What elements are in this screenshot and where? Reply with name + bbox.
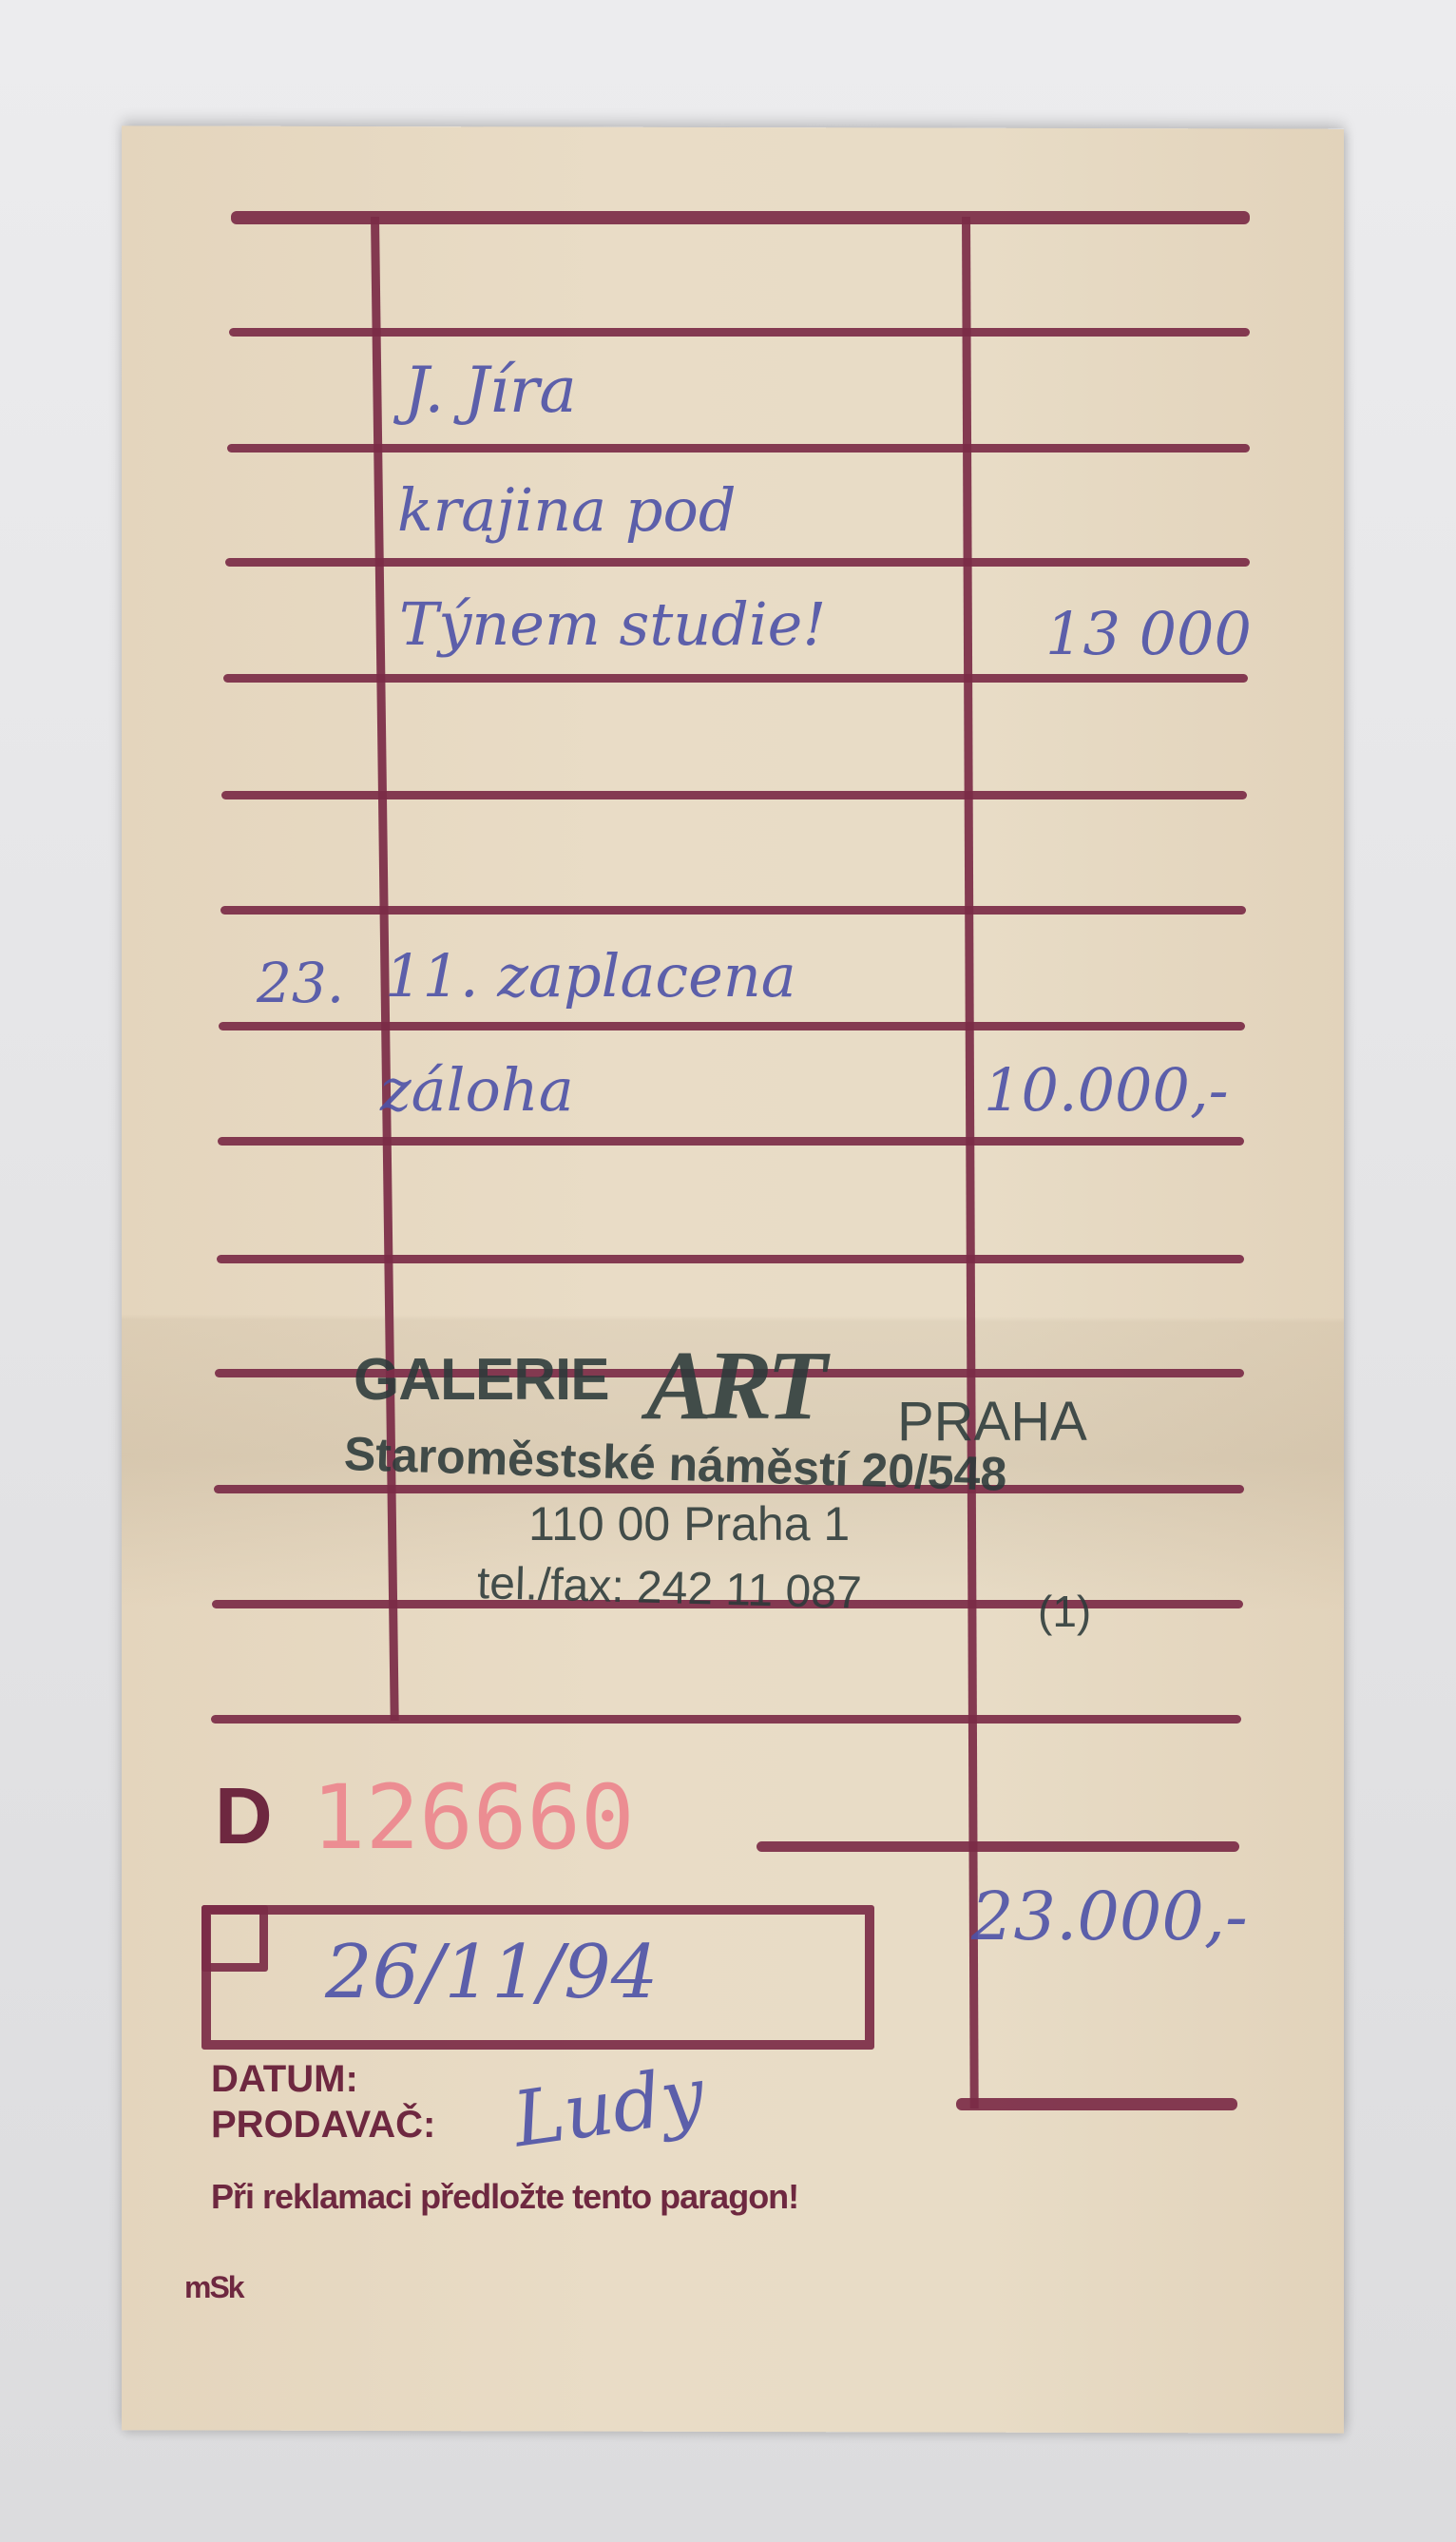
datum-label: DATUM: <box>211 2058 358 2101</box>
complaint-notice: Při reklamaci předložte tento paragon! <box>211 2177 798 2217</box>
stamp-galerie: GALERIE <box>354 1346 609 1414</box>
serial-prefix: D <box>215 1770 273 1862</box>
printer-mark: mSk <box>184 2270 243 2305</box>
stamp-city: 110 00 Praha 1 <box>528 1496 850 1551</box>
prodavac-label: PRODAVAČ: <box>211 2104 435 2147</box>
rule-line <box>219 1022 1245 1030</box>
entry-2-line-2: záloha <box>380 1055 574 1125</box>
date-value[interactable]: 26/11/94 <box>325 1930 658 2015</box>
entry-1-line-1: J. Jíra <box>404 354 577 427</box>
total-amount: 23.000,- <box>971 1878 1248 1955</box>
rule-line <box>218 1137 1244 1146</box>
rule-line <box>211 1715 1241 1724</box>
entry-1-line-3: Týnem studie! <box>399 589 826 659</box>
entry-2-line-1: 11. zaplacena <box>385 941 796 1011</box>
rule-line <box>229 328 1250 337</box>
rule-line <box>220 906 1246 915</box>
rule-line <box>231 211 1250 224</box>
date-box-corner <box>201 1905 268 1972</box>
serial-rule-line <box>757 1841 1239 1852</box>
total-bottom-line <box>956 2098 1237 2110</box>
entry-2-amount: 10.000,- <box>984 1055 1229 1125</box>
stamp-art-logo: ART <box>646 1329 821 1442</box>
serial-number: 126660 <box>312 1766 635 1870</box>
rule-line <box>217 1255 1244 1263</box>
entry-1-amount: 13 000 <box>1045 599 1252 668</box>
entry-2-date-prefix: 23. <box>257 951 344 1015</box>
stamp-phone: tel./fax: 242 11 087 <box>476 1557 862 1620</box>
entry-1-line-2: krajina pod <box>397 475 737 545</box>
stamp-marker: (1) <box>1038 1586 1091 1637</box>
rule-line <box>221 791 1247 799</box>
